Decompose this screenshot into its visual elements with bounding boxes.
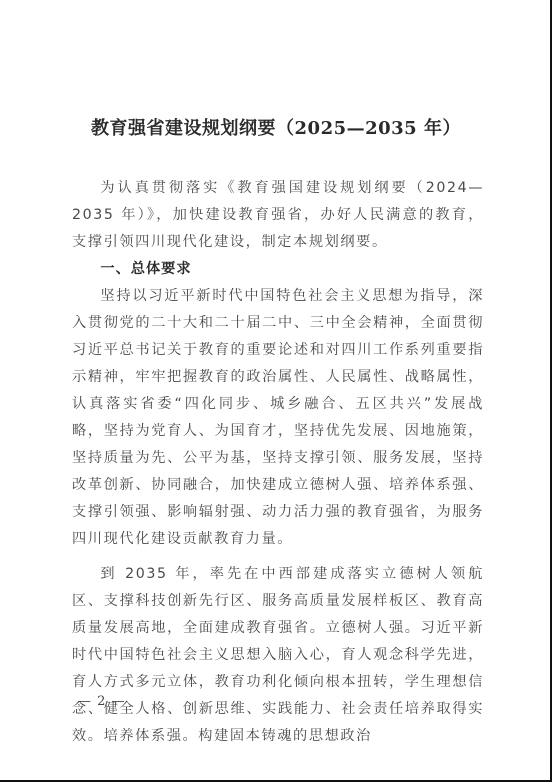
document-page: 教育强省建设规划纲要（2025—2035 年） 为认真贯彻落实《教育强国建设规划… xyxy=(0,0,552,782)
document-title: 教育强省建设规划纲要（2025—2035 年） xyxy=(0,114,552,140)
document-body: 为认真贯彻落实《教育强国建设规划纲要（2024—2035 年）》，加快建设教育强… xyxy=(72,175,484,750)
page-number: — 2 — xyxy=(78,694,126,709)
section-heading: 一、总体要求 xyxy=(72,256,484,283)
intro-paragraph: 为认真贯彻落实《教育强国建设规划纲要（2024—2035 年）》，加快建设教育强… xyxy=(72,175,484,256)
body-paragraph-1: 坚持以习近平新时代中国特色社会主义思想为指导，深入贯彻党的二十大和二十届二中、三… xyxy=(72,283,484,553)
body-paragraph-2: 到 2035 年，率先在中西部建成落实立德树人领航区、支撑科技创新先行区、服务高… xyxy=(72,561,484,750)
